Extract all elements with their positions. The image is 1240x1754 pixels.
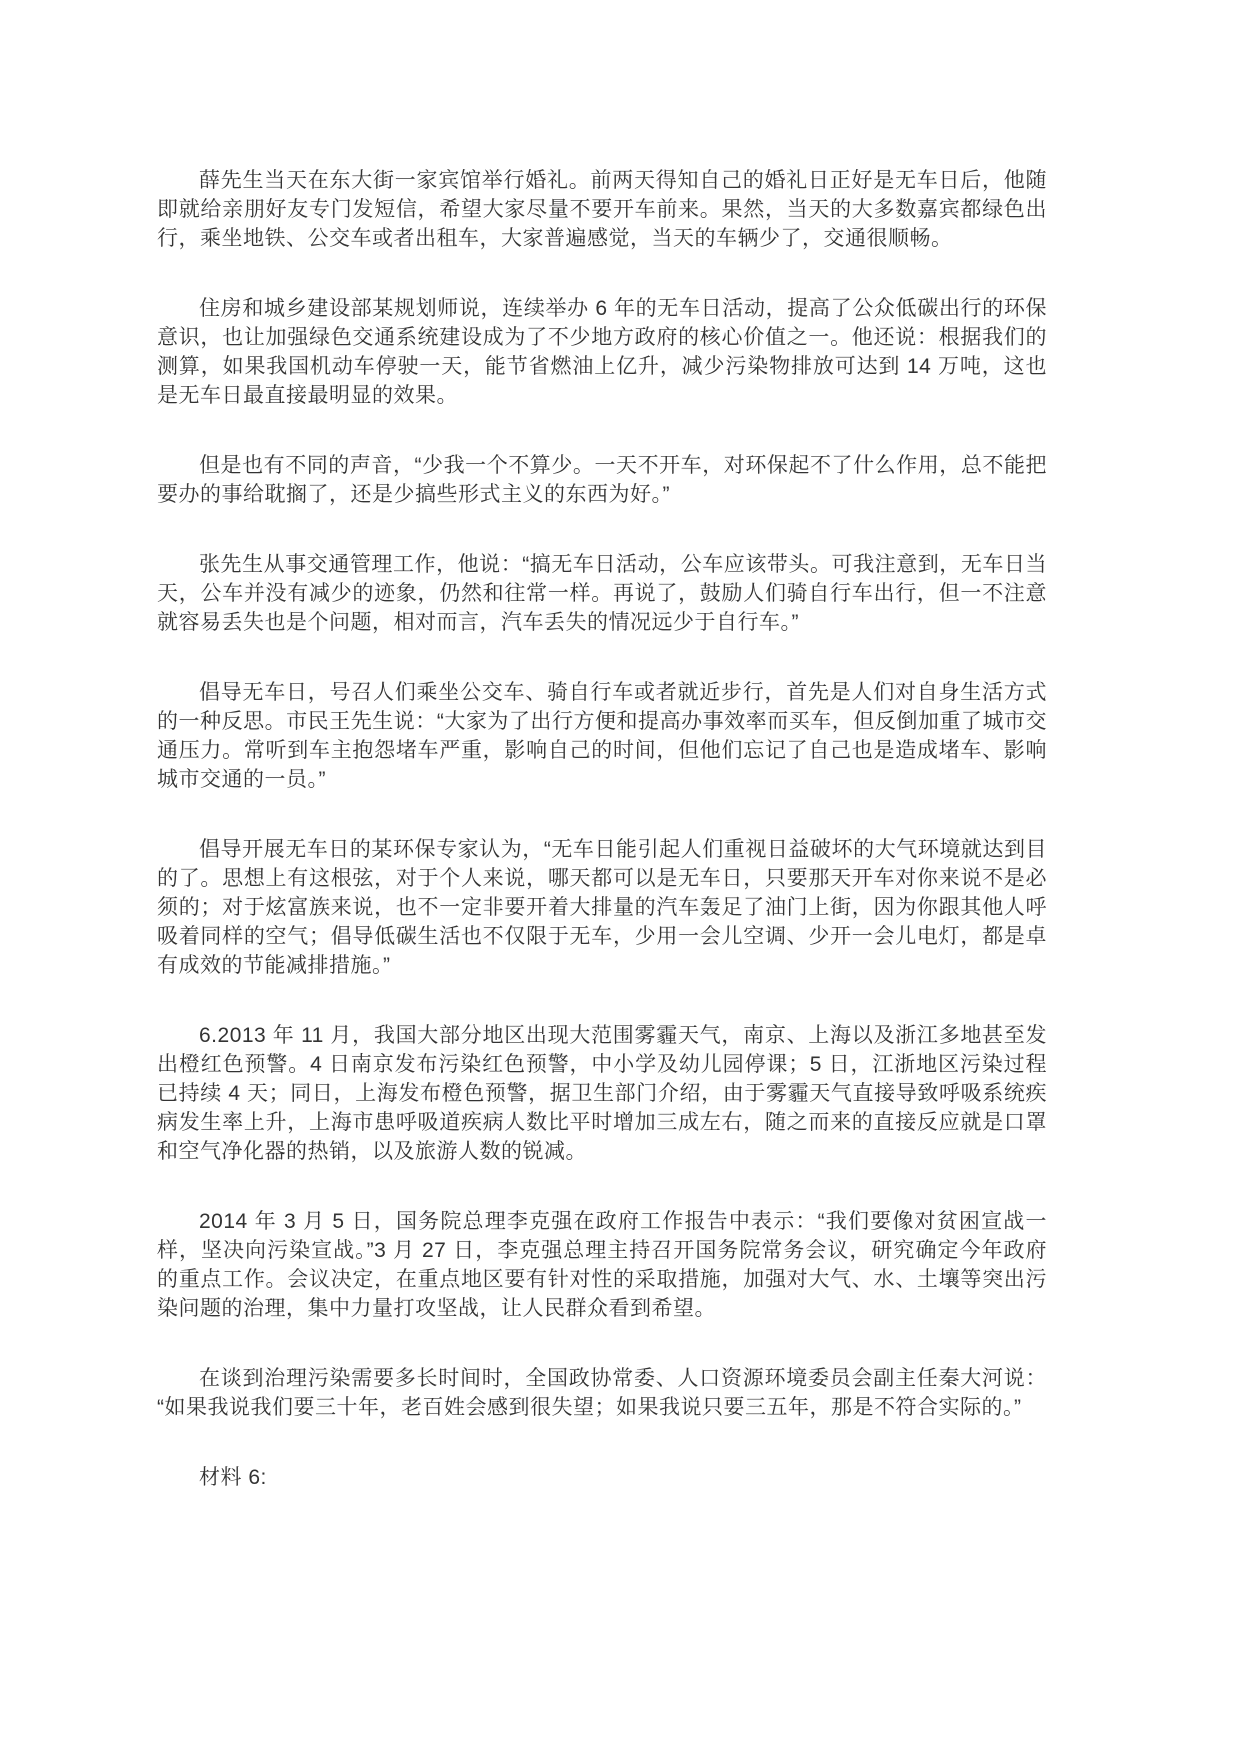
paragraph-3: 但是也有不同的声音，“少我一个不算少。一天不开车，对环保起不了什么作用，总不能把…	[157, 451, 1047, 509]
paragraph-8: 2014 年 3 月 5 日，国务院总理李克强在政府工作报告中表示：“我们要像对…	[157, 1207, 1047, 1323]
paragraph-2: 住房和城乡建设部某规划师说，连续举办 6 年的无车日活动，提高了公众低碳出行的环…	[157, 294, 1047, 410]
paragraph-1: 薛先生当天在东大街一家宾馆举行婚礼。前两天得知自己的婚礼日正好是无车日后，他随即…	[157, 166, 1047, 253]
paragraph-5: 倡导无车日，号召人们乘坐公交车、骑自行车或者就近步行，首先是人们对自身生活方式的…	[157, 678, 1047, 794]
document-page: 薛先生当天在东大街一家宾馆举行婚礼。前两天得知自己的婚礼日正好是无车日后，他随即…	[0, 0, 1240, 1754]
material-heading: 材料 6:	[157, 1463, 1047, 1492]
document-body: 薛先生当天在东大街一家宾馆举行婚礼。前两天得知自己的婚礼日正好是无车日后，他随即…	[157, 166, 1047, 1492]
paragraph-6: 倡导开展无车日的某环保专家认为，“无车日能引起人们重视日益破坏的大气环境就达到目…	[157, 835, 1047, 980]
paragraph-9: 在谈到治理污染需要多长时间时，全国政协常委、人口资源环境委员会副主任秦大河说：“…	[157, 1364, 1047, 1422]
paragraph-7: 6.2013 年 11 月，我国大部分地区出现大范围雾霾天气，南京、上海以及浙江…	[157, 1021, 1047, 1166]
paragraph-4: 张先生从事交通管理工作，他说：“搞无车日活动，公车应该带头。可我注意到，无车日当…	[157, 550, 1047, 637]
